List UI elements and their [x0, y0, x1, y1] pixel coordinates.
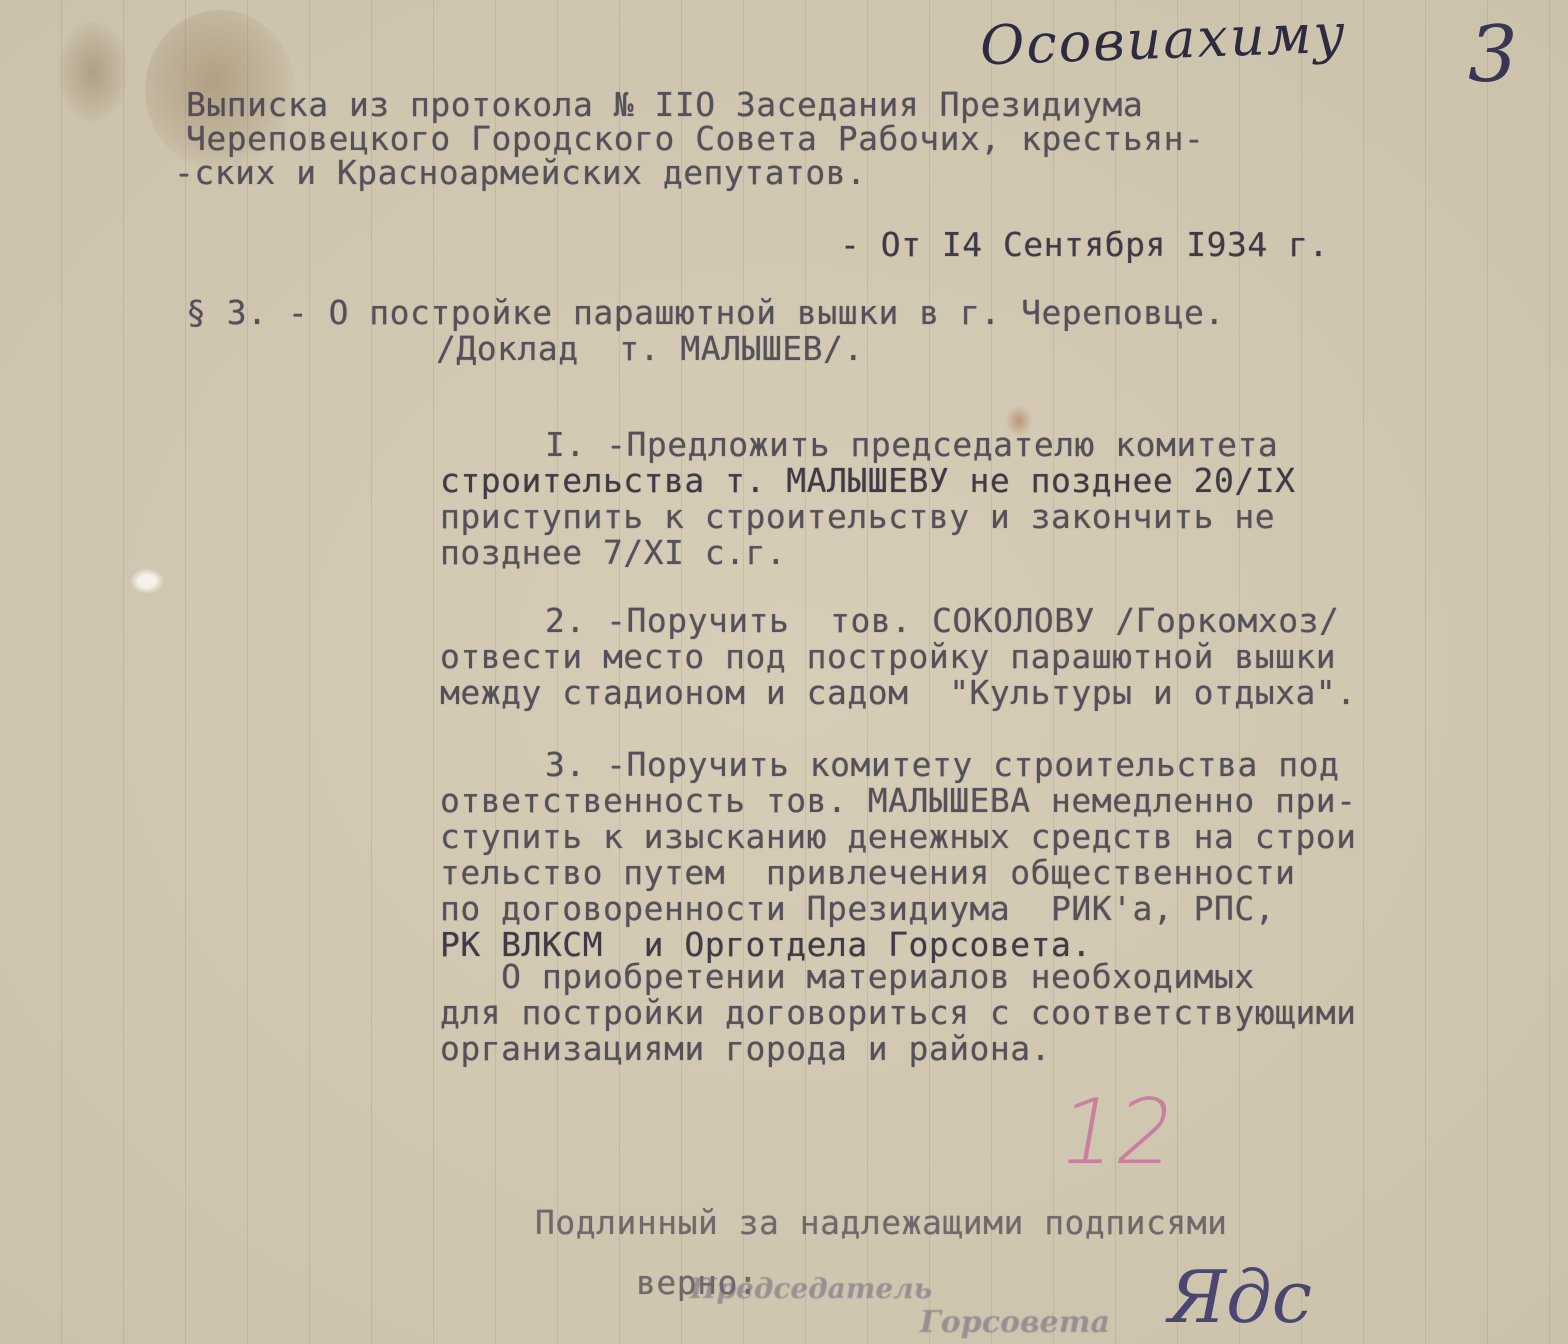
item-3-line-4: тельство путем привлечения общественност… [440, 856, 1295, 889]
date-line: - От I4 Сентября I934 г. [840, 228, 1329, 261]
certification-line: Подлинный за надлежащими подписями [535, 1206, 1228, 1239]
handwritten-page-number: 3 [1468, 10, 1518, 100]
handwritten-addressee: Осовиахиму [979, 2, 1348, 78]
section-report: /Доклад т. МАЛЫШЕВ/. [436, 332, 864, 365]
item-3-line-3: ступить к изысканию денежных средств на … [440, 820, 1357, 853]
item-3-line-9: организациями города и района. [440, 1032, 1051, 1065]
paper-hole [130, 568, 164, 594]
section-title: § 3. - О постройке парашютной вышки в г.… [186, 296, 1225, 329]
item-1-line-1: I. -Предложить председателю комитета [545, 428, 1278, 461]
header-line-3: -ских и Красноармейских депутатов. [174, 156, 867, 189]
item-3-line-1: 3. -Поручить комитету строительства под [545, 748, 1339, 781]
item-2-line-2: отвести место под постройку парашютной в… [440, 640, 1336, 673]
signature: Ядс [1168, 1255, 1312, 1339]
header-line-1: Выписка из протокола № IIO Заседания Пре… [186, 88, 1143, 121]
stamp-chairman: Председатель [690, 1272, 932, 1305]
water-stain [58, 22, 128, 122]
item-1-line-4: позднее 7/XI с.г. [440, 536, 786, 569]
item-3-line-2: ответственность тов. МАЛЫШЕВА немедленно… [440, 784, 1357, 817]
item-1-line-2: строительства т. МАЛЫШЕВУ не позднее 20/… [440, 464, 1295, 497]
header-line-2: Череповецкого Городского Совета Рабочих,… [186, 122, 1204, 155]
item-1-line-3: приступить к строительству и закончить н… [440, 500, 1275, 533]
item-2-line-3: между стадионом и садом "Культуры и отды… [440, 676, 1357, 709]
item-3-line-5: по договоренности Президиума РИК'а, РПС, [440, 892, 1275, 925]
item-2-line-1: 2. -Поручить тов. СОКОЛОВУ /Горкомхоз/ [545, 604, 1339, 637]
folio-number: 12 [1051, 1080, 1184, 1185]
stamp-gorsovet: Горсовета [920, 1305, 1110, 1340]
item-3-line-7: О приобретении материалов необходимых [440, 960, 1255, 993]
item-3-line-8: для постройки договориться с соответству… [440, 996, 1357, 1029]
